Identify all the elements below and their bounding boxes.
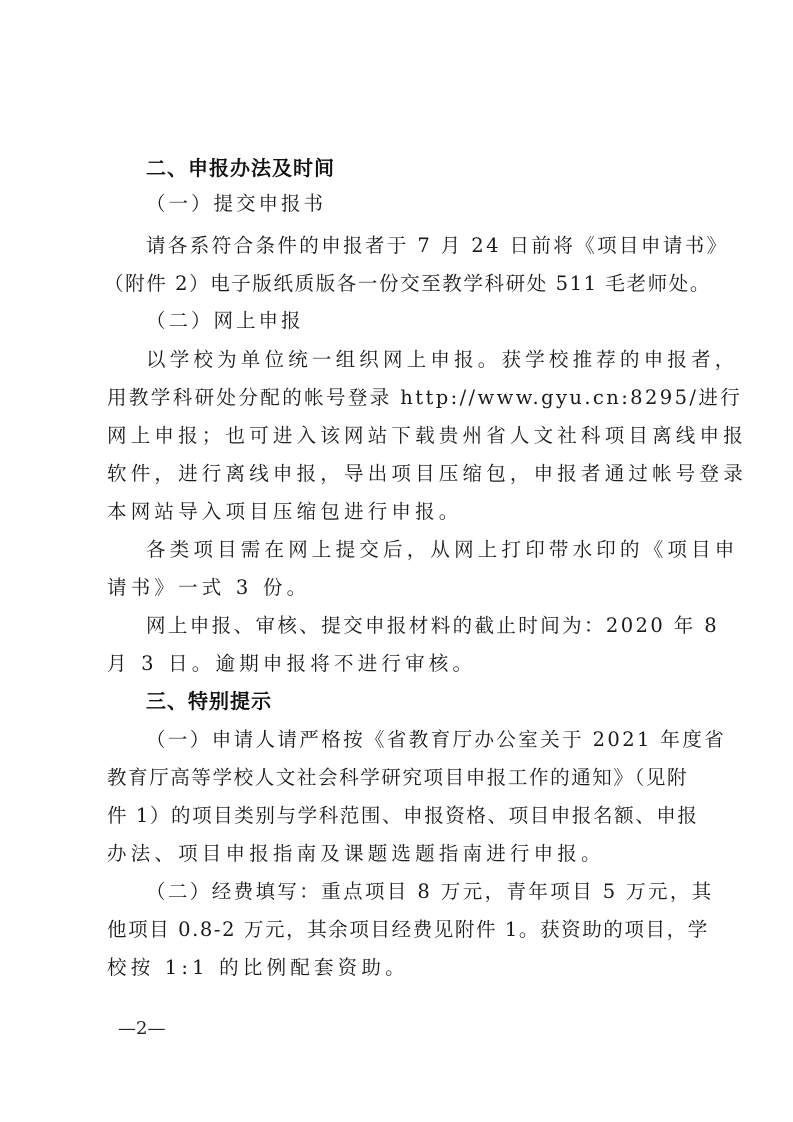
document-page: 二、申报办法及时间 （一）提交申报书 请各系符合条件的申报者于 7 月 24 日… [0, 0, 793, 1122]
paragraph-line: 各类项目需在网上提交后，从网上打印带水印的《项目申 [146, 538, 689, 562]
paragraph-line: 软件，进行离线申报，导出项目压缩包，申报者通过帐号登录 [107, 462, 689, 486]
section-heading-3: 三、特别提示 [146, 689, 728, 713]
paragraph-line: 件 1）的项目类别与学科范围、申报资格、项目申报名额、申报 [107, 804, 689, 828]
paragraph-line: 他项目 0.8-2 万元，其余项目经费见附件 1。获资助的项目，学 [107, 918, 689, 942]
paragraph-line: 请各系符合条件的申报者于 7 月 24 日前将《项目申请书》 [146, 234, 689, 258]
paragraph-line: 以学校为单位统一组织网上申报。获学校推荐的申报者， [146, 348, 689, 372]
section-heading-2: 二、申报办法及时间 [146, 156, 728, 180]
paragraph-line: 请书》一式 3 份。 [107, 576, 689, 600]
subsection-heading-online: （二）网上申报 [146, 309, 728, 333]
paragraph-line: 教育厅高等学校人文社会科学研究项目申报工作的通知》（见附 [107, 766, 689, 790]
paragraph-line-url: 用教学科研处分配的帐号登录 http://www.gyu.cn:8295/进行 [107, 386, 689, 410]
paragraph-line: 网上申报、审核、提交申报材料的截止时间为：2020 年 8 [146, 614, 689, 638]
subsection-heading-submit: （一）提交申报书 [146, 192, 728, 216]
paragraph-line: 本网站导入项目压缩包进行申报。 [107, 500, 689, 524]
paragraph-line: （一）申请人请严格按《省教育厅办公室关于 2021 年度省 [146, 728, 689, 752]
paragraph-line: 月 3 日。逾期申报将不进行审核。 [107, 652, 689, 676]
paragraph-line: 办法、项目申报指南及课题选题指南进行申报。 [107, 842, 689, 866]
paragraph-line: 校按 1:1 的比例配套资助。 [107, 956, 689, 980]
paragraph-line: 网上申报；也可进入该网站下载贵州省人文社科项目离线申报 [107, 424, 689, 448]
paragraph-line: （附件 2）电子版纸质版各一份交至教学科研处 511 毛老师处。 [104, 272, 686, 296]
paragraph-line: （二）经费填写：重点项目 8 万元，青年项目 5 万元，其 [146, 880, 689, 904]
page-number: —2— [118, 1018, 165, 1039]
